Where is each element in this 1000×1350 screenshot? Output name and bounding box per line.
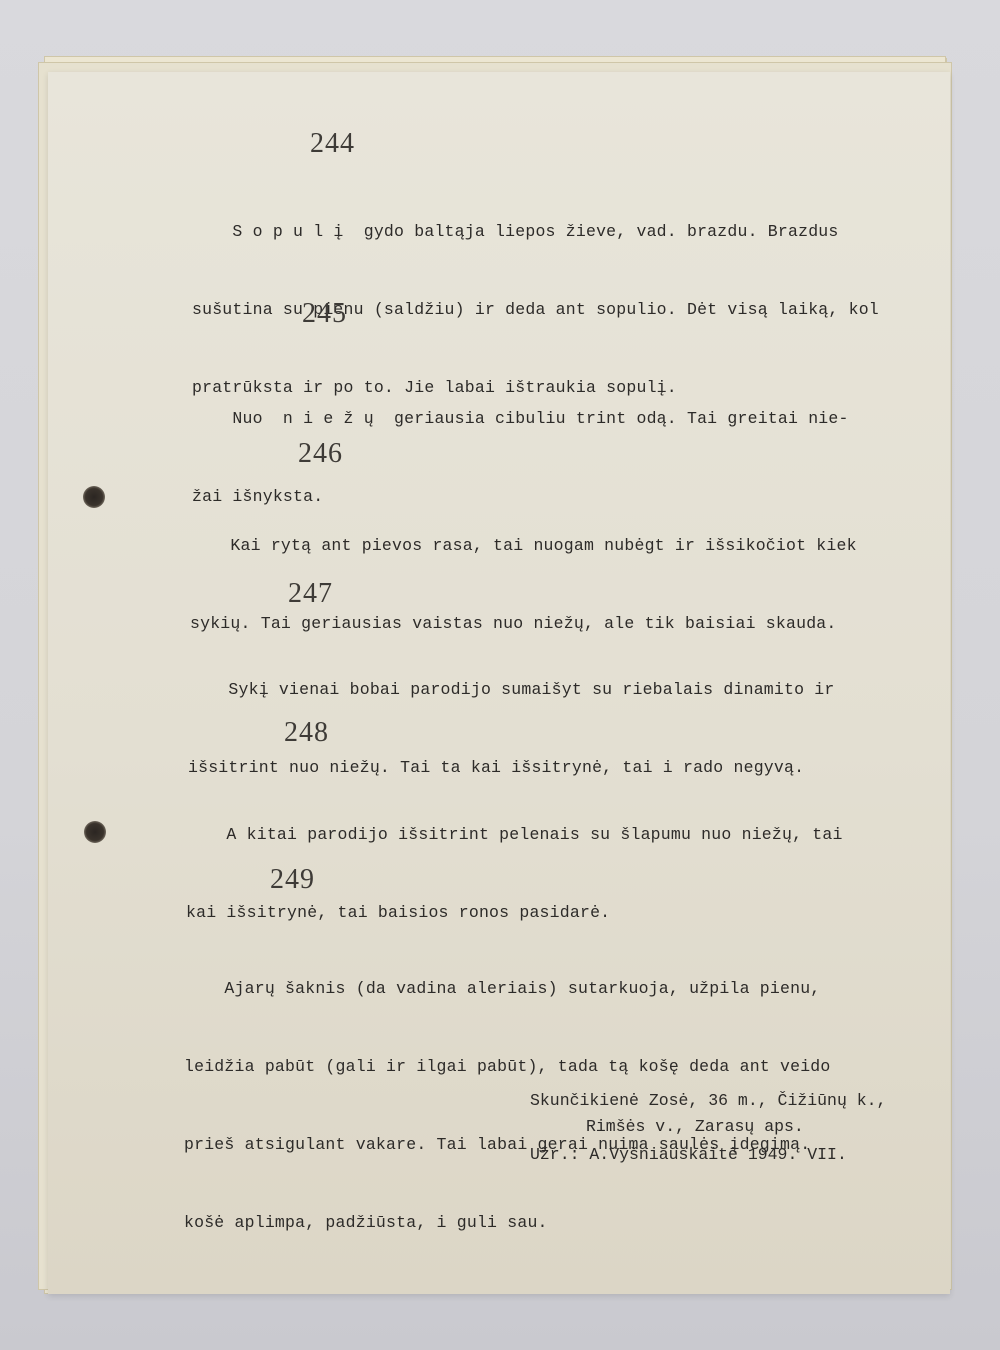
informant-line: Skunčikienė Zosė, 36 m., Čižiūnų k., <box>530 1088 886 1114</box>
text-line: Ajarų šaknis (da vadina aleriais) sutark… <box>184 976 831 1002</box>
text-line: A kitai parodijo išsitrint pelenais su š… <box>186 822 843 848</box>
text-line: Kai rytą ant pievos rasa, tai nuogam nub… <box>190 533 857 559</box>
punch-hole-icon <box>84 821 106 843</box>
text-line: sušutina su pienu (saldžiu) ir deda ant … <box>192 297 879 323</box>
entry-number: 246 <box>298 438 343 470</box>
location-line: Rimšės v., Zarasų aps. <box>586 1114 804 1140</box>
text-line: Nuo n i e ž ų geriausia cibuliu trint od… <box>192 406 849 432</box>
recorder-line: Užr.: A.Vyšniauskaitė 1949. VII. <box>530 1142 847 1168</box>
text-line: košė aplimpa, padžiūsta, i guli sau. <box>184 1210 831 1236</box>
entry-number: 248 <box>284 717 329 749</box>
entry-number: 245 <box>302 298 347 330</box>
text-line: kai išsitrynė, tai baisios ronos pasidar… <box>186 900 843 926</box>
text-line: Sykį vienai bobai parodijo sumaišyt su r… <box>188 677 835 703</box>
punch-hole-icon <box>83 486 105 508</box>
entry-number: 249 <box>270 864 315 896</box>
entry-number: 244 <box>310 128 355 160</box>
text-line: leidžia pabūt (gali ir ilgai pabūt), tad… <box>184 1054 831 1080</box>
text-line: S o p u l į gydo baltąja liepos žieve, v… <box>192 219 879 245</box>
entry-number: 247 <box>288 578 333 610</box>
